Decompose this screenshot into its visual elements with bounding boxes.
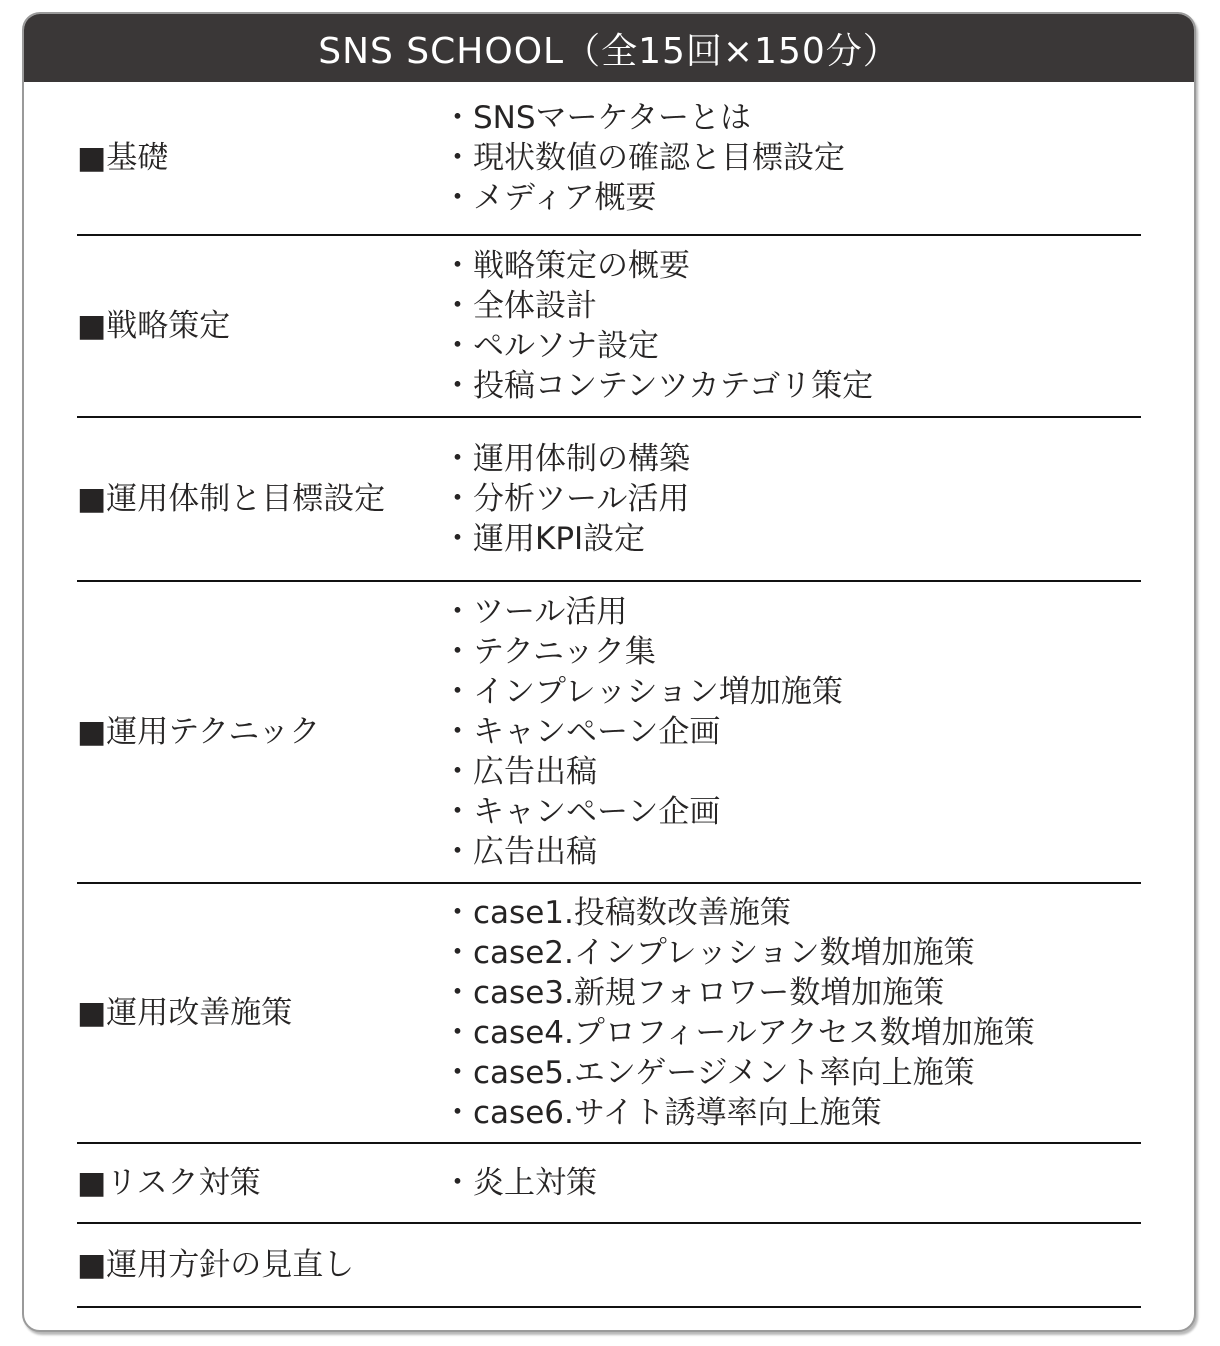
item-list: ・戦略策定の概要 ・全体設計 ・ペルソナ設定 ・投稿コンテンツカテゴリ策定 xyxy=(442,246,1141,406)
table-row: ■戦略策定 ・戦略策定の概要 ・全体設計 ・ペルソナ設定 ・投稿コンテンツカテゴ… xyxy=(24,236,1194,416)
curriculum-card: SNS SCHOOL（全15回×150分） ■基礎 ・SNSマーケターとは ・現… xyxy=(22,12,1196,1332)
list-item: ・テクニック集 xyxy=(442,632,1141,672)
row-divider xyxy=(77,1306,1141,1308)
list-item: ・分析ツール活用 xyxy=(442,479,1141,519)
category-label: ■運用改善施策 xyxy=(77,993,442,1033)
list-item: ・case2.インプレッション数増加施策 xyxy=(442,933,1141,973)
table-row: ■運用方針の見直し xyxy=(24,1224,1194,1306)
category-label: ■リスク対策 xyxy=(77,1163,442,1203)
list-item: ・メディア概要 xyxy=(442,178,1141,218)
list-item: ・case3.新規フォロワー数増加施策 xyxy=(442,973,1141,1013)
category-label: ■戦略策定 xyxy=(77,306,442,346)
table-row: ■運用体制と目標設定 ・運用体制の構築 ・分析ツール活用 ・運用KPI設定 xyxy=(24,418,1194,580)
list-item: ・炎上対策 xyxy=(442,1163,1141,1203)
list-item: ・運用体制の構築 xyxy=(442,439,1141,479)
table-row: ■運用改善施策 ・case1.投稿数改善施策 ・case2.インプレッション数増… xyxy=(24,884,1194,1142)
card-title: SNS SCHOOL（全15回×150分） xyxy=(318,23,900,74)
list-item: ・SNSマーケターとは xyxy=(442,98,1141,138)
item-list: ・炎上対策 xyxy=(442,1163,1141,1203)
category-label: ■運用体制と目標設定 xyxy=(77,479,442,519)
list-item: ・case1.投稿数改善施策 xyxy=(442,893,1141,933)
list-item: ・case6.サイト誘導率向上施策 xyxy=(442,1093,1141,1133)
list-item: ・投稿コンテンツカテゴリ策定 xyxy=(442,366,1141,406)
list-item: ・キャンペーン企画 xyxy=(442,712,1141,752)
curriculum-table: ■基礎 ・SNSマーケターとは ・現状数値の確認と目標設定 ・メディア概要 ■戦… xyxy=(24,82,1194,1314)
category-label: ■運用テクニック xyxy=(77,712,442,752)
table-row: ■基礎 ・SNSマーケターとは ・現状数値の確認と目標設定 ・メディア概要 xyxy=(24,82,1194,234)
list-item: ・広告出稿 xyxy=(442,752,1141,792)
item-list: ・SNSマーケターとは ・現状数値の確認と目標設定 ・メディア概要 xyxy=(442,98,1141,218)
category-label: ■運用方針の見直し xyxy=(77,1245,442,1285)
list-item: ・運用KPI設定 xyxy=(442,519,1141,559)
table-row: ■リスク対策 ・炎上対策 xyxy=(24,1144,1194,1222)
list-item: ・戦略策定の概要 xyxy=(442,246,1141,286)
list-item: ・現状数値の確認と目標設定 xyxy=(442,138,1141,178)
list-item: ・ツール活用 xyxy=(442,592,1141,632)
list-item: ・case5.エンゲージメント率向上施策 xyxy=(442,1053,1141,1093)
list-item: ・ペルソナ設定 xyxy=(442,326,1141,366)
item-list: ・case1.投稿数改善施策 ・case2.インプレッション数増加施策 ・cas… xyxy=(442,893,1141,1133)
list-item: ・キャンペーン企画 xyxy=(442,792,1141,832)
list-item: ・case4.プロフィールアクセス数増加施策 xyxy=(442,1013,1141,1053)
item-list: ・ツール活用 ・テクニック集 ・インプレッション増加施策 ・キャンペーン企画 ・… xyxy=(442,592,1141,872)
card-header: SNS SCHOOL（全15回×150分） xyxy=(24,14,1194,82)
list-item: ・広告出稿 xyxy=(442,832,1141,872)
list-item: ・インプレッション増加施策 xyxy=(442,672,1141,712)
table-row: ■運用テクニック ・ツール活用 ・テクニック集 ・インプレッション増加施策 ・キ… xyxy=(24,582,1194,882)
category-label: ■基礎 xyxy=(77,138,442,178)
item-list: ・運用体制の構築 ・分析ツール活用 ・運用KPI設定 xyxy=(442,439,1141,559)
list-item: ・全体設計 xyxy=(442,286,1141,326)
page: SNS SCHOOL（全15回×150分） ■基礎 ・SNSマーケターとは ・現… xyxy=(0,0,1220,1346)
